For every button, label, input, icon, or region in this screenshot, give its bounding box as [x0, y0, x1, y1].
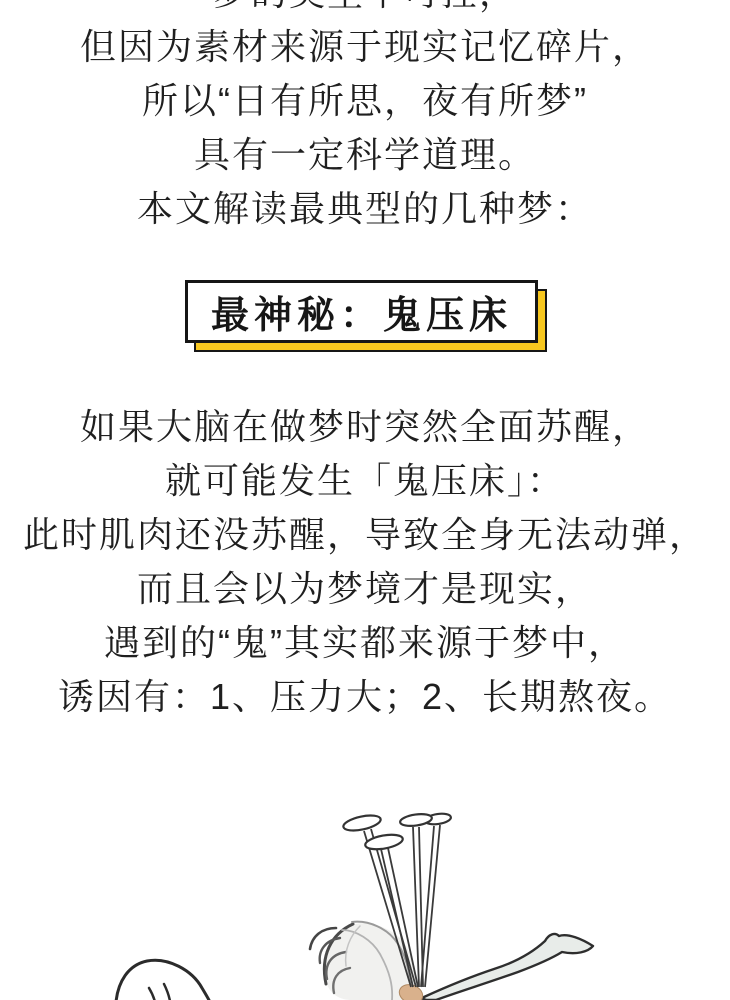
- text-line: 而且会以为梦境才是现实，: [0, 562, 730, 616]
- text-line: 本文解读最典型的几种梦：: [0, 182, 730, 236]
- section-header-box: 最神秘：鬼压床: [185, 280, 538, 343]
- body-paragraph: 如果大脑在做梦时突然全面苏醒， 就可能发生「鬼压床」： 此时肌肉还没苏醒，导致全…: [0, 400, 730, 724]
- text-line: 诱因有：1、压力大；2、长期熬夜。: [0, 670, 730, 724]
- text-line: 此时肌肉还没苏醒，导致全身无法动弹，: [0, 508, 730, 562]
- article-page: 梦的类型不可控， 但因为素材来源于现实记忆碎片， 所以“日有所思，夜有所梦” 具…: [0, 0, 730, 1000]
- intro-paragraph: 梦的类型不可控， 但因为素材来源于现实记忆碎片， 所以“日有所思，夜有所梦” 具…: [0, 0, 730, 236]
- text-line: 但因为素材来源于现实记忆碎片，: [0, 20, 730, 74]
- text-line: 就可能发生「鬼压床」：: [0, 454, 730, 508]
- text-line: 如果大脑在做梦时突然全面苏醒，: [0, 400, 730, 454]
- text-line: 遇到的“鬼”其实都来源于梦中，: [0, 616, 730, 670]
- egg-head: [116, 960, 210, 1000]
- leg: [422, 934, 593, 1000]
- text-line: 具有一定科学道理。: [0, 128, 730, 182]
- text-line: 梦的类型不可控，: [0, 0, 730, 20]
- section-title: 最神秘：鬼压床: [211, 284, 512, 339]
- pin-heads: [342, 812, 452, 851]
- text-line: 所以“日有所思，夜有所梦”: [0, 74, 730, 128]
- sleep-paralysis-illustration: [0, 780, 730, 1000]
